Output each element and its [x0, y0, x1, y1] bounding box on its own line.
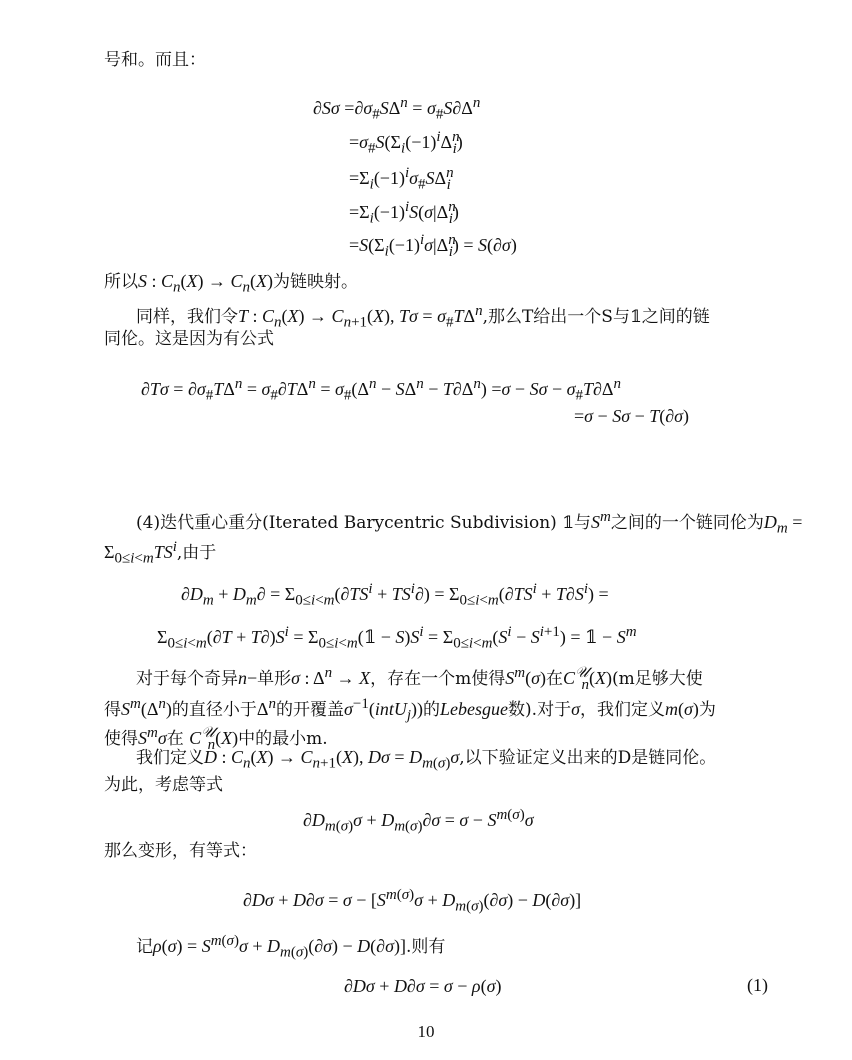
text: 单形	[257, 669, 291, 689]
text: ,由于	[177, 543, 216, 563]
paragraph-singular-simplex: 对于每个奇异n−单形σ : Δn → X，存在一个m使得Sm(σ)在C𝒰n(X)…	[136, 662, 703, 696]
text: ,以下验证定义出来的D是链同伦。	[459, 748, 716, 768]
paragraph-define-rho: 记ρ(σ) = Sm(σ)σ + Dm(σ)(∂σ) − D(∂σ)].则有	[136, 930, 445, 964]
text: 那么变形，有等式：	[104, 841, 257, 861]
text: 的开覆盖	[276, 700, 344, 720]
text: 数).对于	[508, 700, 571, 720]
equation-line: ∂Sσ =∂σ#SΔn = σ#S∂Δn	[313, 92, 480, 126]
text: 之间的一个链同伦为	[611, 513, 764, 533]
text: 在	[546, 669, 563, 689]
equation-line: =σ − Sσ − T(∂σ)	[574, 405, 689, 427]
text: 同样，我们令	[136, 307, 238, 327]
text: ，存在一个m使得	[370, 669, 505, 689]
text: 的	[423, 700, 440, 720]
equation-line: =Σi(−1)iS(σ|Δni)	[349, 196, 459, 230]
equation-line: ∂Tσ = ∂σ#TΔn = σ#∂TΔn = σ#(Δn − SΔn − T∂…	[141, 373, 621, 407]
paragraph-define-D: 我们定义D : Cn(X) → Cn+1(X), Dσ = Dm(σ)σ,以下验…	[136, 746, 716, 775]
text: 所以	[104, 272, 138, 292]
text: (m足够大使	[612, 669, 703, 689]
text: (4)迭代重心重分(Iterated Barycentric Subdivisi…	[136, 513, 562, 533]
paragraph-line: Σ0≤i<mTSi,由于	[104, 536, 216, 570]
text: 之间的链	[642, 307, 710, 327]
equation-line: ∂Dm + Dm∂ = Σ0≤i<m(∂TSi + TSi∂) = Σ0≤i<m…	[181, 578, 609, 612]
equation-line: Σ0≤i<m(∂T + T∂)Si = Σ0≤i<m(𝟙 − S)Si = Σ0…	[157, 621, 637, 655]
text: 得	[104, 700, 121, 720]
equation-line: ∂Dσ + D∂σ = σ − ρ(σ)	[344, 975, 501, 997]
text: 与	[574, 513, 591, 533]
paragraph-iterated-subdivision: (4)迭代重心重分(Iterated Barycentric Subdivisi…	[136, 506, 802, 540]
text: 的直径小于	[172, 700, 257, 720]
equation-line: =Σi(−1)iσ#SΔni	[349, 162, 451, 196]
text: 我们定义	[136, 748, 204, 768]
page-number: 10	[0, 1022, 852, 1042]
equation-line: =S(Σi(−1)iσ|Δni) = S(∂σ)	[349, 229, 517, 263]
equation-line: ∂Dσ + D∂σ = σ − [Sm(σ)σ + Dm(σ)(∂σ) − D(…	[243, 884, 581, 918]
paragraph-chain-map: 所以S : Cn(X) → Cn(X)为链映射。	[104, 270, 358, 299]
paragraph-line: 同伦。这是因为有公式	[104, 328, 274, 350]
text: 对于每个奇异	[136, 669, 238, 689]
paragraph-line: 为此，考虑等式	[104, 774, 223, 796]
text: 号和。而且：	[104, 50, 206, 70]
text: 为链映射。	[273, 272, 358, 292]
text: ，我们定义	[580, 700, 665, 720]
text: 使得	[104, 729, 138, 749]
paragraph-transform: 那么变形，有等式：	[104, 840, 257, 862]
equation-number: (1)	[747, 975, 768, 996]
paragraph-intro: 号和。而且：	[104, 49, 206, 71]
text: 同伦。这是因为有公式	[104, 329, 274, 349]
equation-line: ∂Dm(σ)σ + Dm(σ)∂σ = σ − Sm(σ)σ	[303, 804, 534, 838]
text: 为	[699, 700, 716, 720]
text: ,那么T给出一个S与	[483, 307, 630, 327]
text: .则有	[406, 937, 445, 957]
text: 为此，考虑等式	[104, 775, 223, 795]
text: 记	[136, 937, 153, 957]
equation-line: =σ#S(Σi(−1)iΔni)	[349, 126, 463, 160]
